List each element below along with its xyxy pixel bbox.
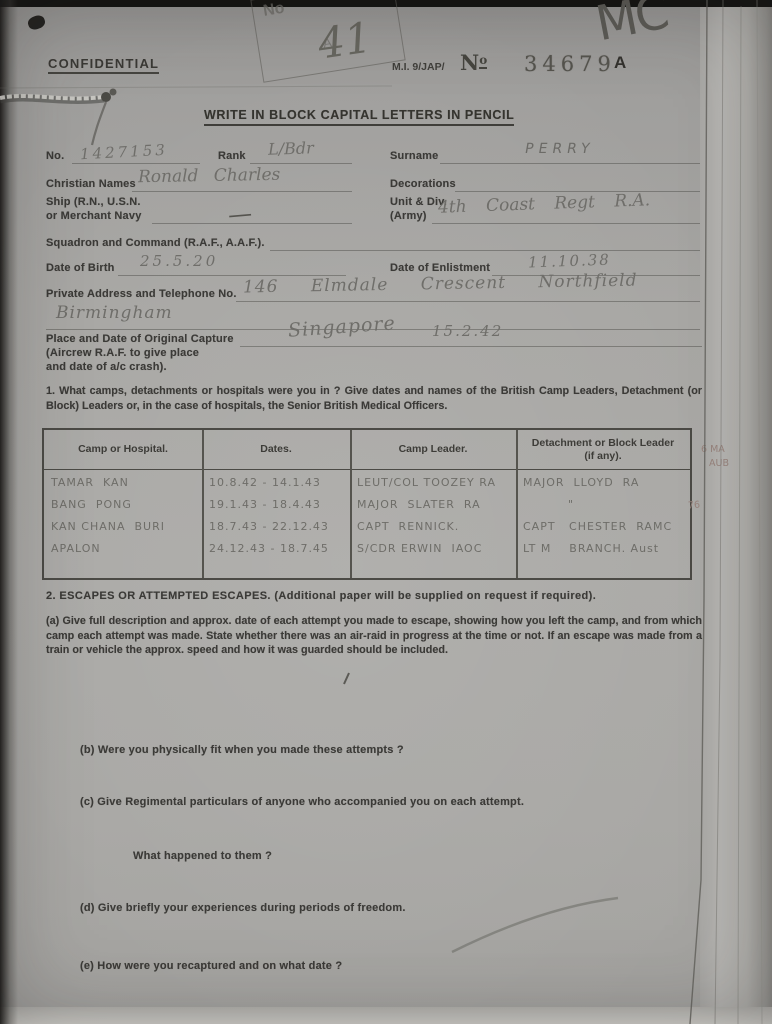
field-value-address-2: Birmingham: [56, 303, 173, 323]
margin-note: 6 MA: [701, 444, 725, 455]
field-value-unit: 4th Coast Regt R.A.: [438, 190, 651, 217]
underlying-page-edges: [700, 0, 772, 1024]
field-value-dob: 25.5.20: [140, 252, 218, 270]
camps-table-body: TAMAR KAN 10.8.42 - 14.1.43 LEUT/COL TOO…: [44, 476, 690, 564]
field-label-ship-1: Ship (R.N., U.S.N.: [46, 196, 141, 208]
cell-leader: MAJOR SLATER RA: [350, 498, 516, 520]
field-value-capture-place: Singapore: [287, 312, 396, 341]
field-label-rank: Rank: [218, 150, 246, 162]
field-label-address: Private Address and Telephone No.: [46, 288, 237, 300]
field-label-unit-2: (Army): [390, 210, 427, 222]
serial-number: 34679: [524, 52, 616, 76]
field-value-enlistment: 11.10.38: [528, 251, 611, 272]
table-row: APALON 24.12.43 - 18.7.45 S/CDR ERWIN IA…: [44, 542, 690, 564]
field-label-capture-1: Place and Date of Original Capture: [46, 333, 234, 345]
form-reference: M.I. 9/JAP/: [392, 61, 445, 73]
cell-block-leader: LT M BRANCH. Aust: [516, 542, 690, 564]
question-2c: (c) Give Regimental particulars of anyon…: [80, 796, 524, 808]
question-2c-followup: What happened to them ?: [133, 850, 272, 862]
camps-table-header-row: Camp or Hospital. Dates. Camp Leader. De…: [44, 430, 690, 470]
instruction-heading: WRITE IN BLOCK CAPITAL LETTERS IN PENCIL: [204, 108, 514, 126]
field-label-no: No.: [46, 150, 64, 162]
question-2a: (a) Give full description and approx. da…: [46, 614, 702, 658]
field-label-squadron: Squadron and Command (R.A.F., A.A.F.).: [46, 237, 265, 249]
classification-label: CONFIDENTIAL: [48, 56, 159, 74]
header-dates: Dates.: [202, 430, 350, 469]
field-value-ship: —: [227, 199, 253, 229]
cell-block-leader: ": [516, 498, 690, 520]
header-camp-leader: Camp Leader.: [350, 430, 516, 469]
field-label-enlistment: Date of Enlistment: [390, 262, 490, 274]
pencil-number: 41: [315, 13, 375, 69]
cell-camp: APALON: [44, 542, 202, 564]
field-label-dob: Date of Birth: [46, 262, 115, 274]
question-2e: (e) How were you recaptured and on what …: [80, 960, 342, 972]
field-value-christian-names: Ronald Charles: [138, 165, 281, 187]
cell-leader: LEUT/COL TOOZEY RA: [350, 476, 516, 498]
question-2b: (b) Were you physically fit when you mad…: [80, 744, 404, 756]
field-label-capture-2: (Aircrew R.A.F. to give place: [46, 347, 199, 359]
field-value-rank: L/Bdr: [268, 138, 314, 159]
cell-camp: KAN CHANA BURI: [44, 520, 202, 542]
pencil-initials: MC: [591, 0, 671, 52]
cell-dates: 10.8.42 - 14.1.43: [202, 476, 350, 498]
cell-leader: S/CDR ERWIN IAOC: [350, 542, 516, 564]
cell-camp: BANG PONG: [44, 498, 202, 520]
question-2d: (d) Give briefly your experiences during…: [80, 902, 406, 914]
cell-leader: CAPT RENNICK.: [350, 520, 516, 542]
header-detachment-leader: Detachment or Block Leader (if any).: [516, 430, 690, 469]
question-2-heading: 2. ESCAPES OR ATTEMPTED ESCAPES. (Additi…: [46, 590, 596, 602]
scanned-pow-form: CONFIDENTIAL No A 41 MC M.I. 9/JAP/ No 3…: [0, 0, 772, 1024]
cell-dates: 18.7.43 - 22.12.43: [202, 520, 350, 542]
stamp-no-text: No: [262, 0, 286, 21]
table-row: TAMAR KAN 10.8.42 - 14.1.43 LEUT/COL TOO…: [44, 476, 690, 498]
margin-note: 76: [688, 499, 701, 511]
binding-hole: [26, 14, 46, 32]
cell-camp: TAMAR KAN: [44, 476, 202, 498]
question-1: 1. What camps, detachments or hospitals …: [46, 384, 702, 413]
header-camp-or-hospital: Camp or Hospital.: [44, 430, 202, 469]
table-row: BANG PONG 19.1.43 - 18.4.43 MAJOR SLATER…: [44, 498, 690, 520]
field-value-surname: PERRY: [524, 141, 596, 157]
field-value-capture-date: 15.2.42: [432, 322, 503, 340]
field-label-ship-2: or Merchant Navy: [46, 210, 142, 222]
cell-dates: 19.1.43 - 18.4.43: [202, 498, 350, 520]
cell-block-leader: CAPT CHESTER RAMC: [516, 520, 690, 542]
table-row: KAN CHANA BURI 18.7.43 - 22.12.43 CAPT R…: [44, 520, 690, 542]
margin-note: AUB: [709, 458, 729, 469]
field-value-no: 1427153: [80, 141, 169, 164]
field-label-surname: Surname: [390, 150, 438, 162]
scan-bottom-edge: [0, 1007, 772, 1024]
camps-table: Camp or Hospital. Dates. Camp Leader. De…: [42, 428, 692, 580]
serial-suffix: A: [614, 53, 626, 73]
scan-left-edge: [0, 0, 18, 1024]
field-label-capture-3: and date of a/c crash).: [46, 361, 167, 373]
cell-block-leader: MAJOR LLOYD RA: [516, 476, 690, 498]
cell-dates: 24.12.43 - 18.7.45: [202, 542, 350, 564]
field-label-decorations: Decorations: [390, 178, 456, 190]
field-label-christian-names: Christian Names: [46, 178, 136, 190]
serial-no-prefix: No: [460, 50, 487, 75]
